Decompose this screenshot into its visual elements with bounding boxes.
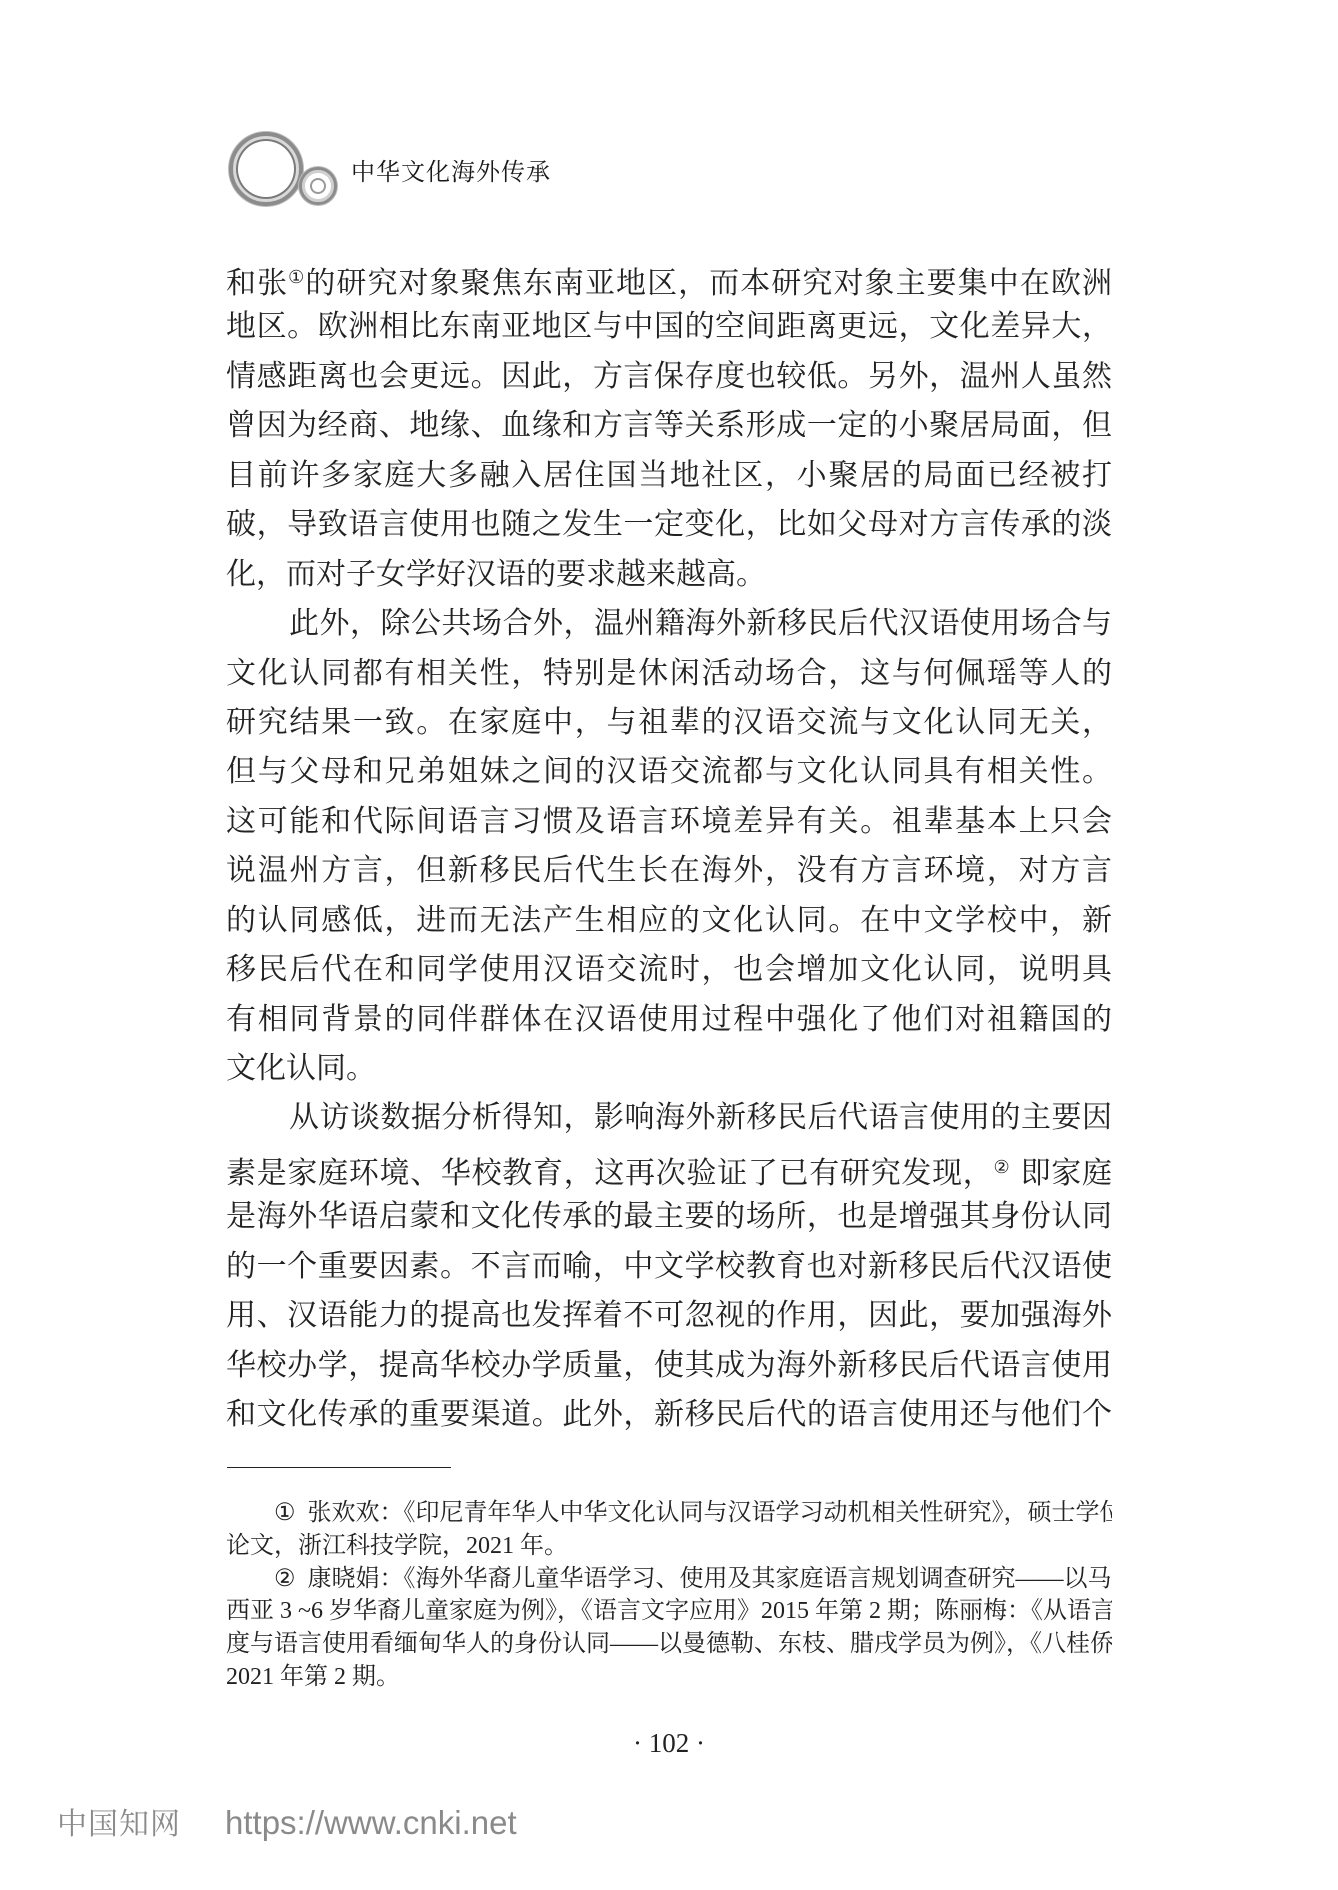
footnotes: ①张欢欢：《印尼青年华人中华文化认同与汉语学习动机相关性研究》，硕士学位 论文，… [226, 1497, 1112, 1694]
footnote-mark: ① [274, 1500, 296, 1526]
text-fragment: 即家庭 [1010, 1156, 1112, 1191]
text-line: 此外，除公共场合外，温州籍海外新移民后代汉语使用场合与 [226, 599, 1112, 648]
text-line: 用、汉语能力的提高也发挥着不可忽视的作用，因此，要加强海外 [226, 1291, 1112, 1340]
text-line: 这可能和代际间语言习惯及语言环境差异有关。祖辈基本上只会 [226, 797, 1112, 846]
footnote-text: 康晓娟：《海外华裔儿童华语学习、使用及其家庭语言规划调查研究——以马来 [308, 1566, 1112, 1592]
footnote-line: 度与语言使用看缅甸华人的身份认同——以曼德勒、东枝、腊戌学员为例》，《八桂侨刊》 [226, 1628, 1112, 1661]
footnote-text: 张欢欢：《印尼青年华人中华文化认同与汉语学习动机相关性研究》，硕士学位 [308, 1500, 1112, 1526]
text-line: 文化认同。 [226, 1044, 1112, 1093]
running-header-title: 中华文化海外传承 [351, 156, 551, 188]
text-line: 情感距离也会更远。因此，方言保存度也较低。另外，温州人虽然 [226, 352, 1112, 401]
text-line: 的一个重要因素。不言而喻，中文学校教育也对新移民后代汉语使 [226, 1242, 1112, 1291]
text-line: 有相同背景的同伴群体在汉语使用过程中强化了他们对祖籍国的 [226, 995, 1112, 1044]
footnote-line: 2021 年第 2 期。 [226, 1661, 1112, 1694]
text-line: 但与父母和兄弟姐妹之间的汉语交流都与文化认同具有相关性。 [226, 747, 1112, 796]
text-line: 和张①的研究对象聚焦东南亚地区，而本研究对象主要集中在欧洲 [226, 253, 1112, 302]
cnki-watermark: 中国知网https://www.cnki.net [57, 1803, 517, 1849]
footnote-line: ②康晓娟：《海外华裔儿童华语学习、使用及其家庭语言规划调查研究——以马来 [226, 1563, 1112, 1596]
text-fragment: 素是家庭环境、华校教育，这再次验证了已有研究发现， [226, 1156, 994, 1191]
page-number: · 102 · [569, 1727, 769, 1759]
document-page: 中华文化海外传承 和张①的研究对象聚焦东南亚地区，而本研究对象主要集中在欧洲 地… [0, 0, 1338, 1890]
footnote-2: ②康晓娟：《海外华裔儿童华语学习、使用及其家庭语言规划调查研究——以马来 西亚 … [226, 1563, 1112, 1694]
text-line: 华校办学，提高华校办学质量，使其成为海外新移民后代语言使用 [226, 1341, 1112, 1390]
footnote-line: 西亚 3 ~6 岁华裔儿童家庭为例》，《语言文字应用》2015 年第 2 期；陈… [226, 1595, 1112, 1628]
text-line: 曾因为经商、地缘、血缘和方言等关系形成一定的小聚居局面，但 [226, 401, 1112, 450]
text-line: 破，导致语言使用也随之发生一定变化，比如父母对方言传承的淡 [226, 500, 1112, 549]
text-line: 目前许多家庭大多融入居住国当地社区，小聚居的局面已经被打 [226, 451, 1112, 500]
text-line: 是海外华语启蒙和文化传承的最主要的场所，也是增强其身份认同 [226, 1192, 1112, 1241]
footnote-mark: ② [274, 1566, 296, 1592]
paragraph: 和张①的研究对象聚焦东南亚地区，而本研究对象主要集中在欧洲 地区。欧洲相比东南亚… [226, 253, 1112, 599]
text-fragment: 和张 [226, 266, 288, 301]
small-ring-icon [299, 167, 337, 205]
text-line: 的认同感低，进而无法产生相应的文化认同。在中文学校中，新 [226, 896, 1112, 945]
footnote-ref-2[interactable]: ② [994, 1157, 1011, 1178]
text-line: 素是家庭环境、华校教育，这再次验证了已有研究发现，② 即家庭 [226, 1143, 1112, 1192]
text-line: 移民后代在和同学使用汉语交流时，也会增加文化认同，说明具 [226, 945, 1112, 994]
double-ring-logo-icon [229, 132, 341, 210]
text-line: 研究结果一致。在家庭中，与祖辈的汉语交流与文化认同无关， [226, 698, 1112, 747]
body-text: 和张①的研究对象聚焦东南亚地区，而本研究对象主要集中在欧洲 地区。欧洲相比东南亚… [226, 253, 1112, 1440]
text-line: 和文化传承的重要渠道。此外，新移民后代的语言使用还与他们个 [226, 1390, 1112, 1439]
footnote-line: ①张欢欢：《印尼青年华人中华文化认同与汉语学习动机相关性研究》，硕士学位 [226, 1497, 1112, 1530]
footnote-line: 论文，浙江科技学院，2021 年。 [226, 1530, 1112, 1563]
footnote-1: ①张欢欢：《印尼青年华人中华文化认同与汉语学习动机相关性研究》，硕士学位 论文，… [226, 1497, 1112, 1563]
text-line: 地区。欧洲相比东南亚地区与中国的空间距离更远，文化差异大， [226, 302, 1112, 351]
text-line: 从访谈数据分析得知，影响海外新移民后代语言使用的主要因 [226, 1093, 1112, 1142]
text-line: 说温州方言，但新移民后代生长在海外，没有方言环境，对方言 [226, 846, 1112, 895]
text-line: 文化认同都有相关性，特别是休闲活动场合，这与何佩瑶等人的 [226, 649, 1112, 698]
watermark-url[interactable]: https://www.cnki.net [225, 1804, 517, 1841]
text-fragment: 的研究对象聚焦东南亚地区，而本研究对象主要集中在欧洲 [305, 266, 1112, 301]
paragraph: 此外，除公共场合外，温州籍海外新移民后代汉语使用场合与 文化认同都有相关性，特别… [226, 599, 1112, 1093]
large-ring-icon [229, 132, 303, 206]
footnote-ref-1[interactable]: ① [288, 267, 305, 288]
footnote-separator [227, 1467, 451, 1468]
paragraph: 从访谈数据分析得知，影响海外新移民后代语言使用的主要因 素是家庭环境、华校教育，… [226, 1093, 1112, 1439]
text-line: 化，而对子女学好汉语的要求越来越高。 [226, 550, 1112, 599]
watermark-site-name: 中国知网 [57, 1807, 181, 1842]
